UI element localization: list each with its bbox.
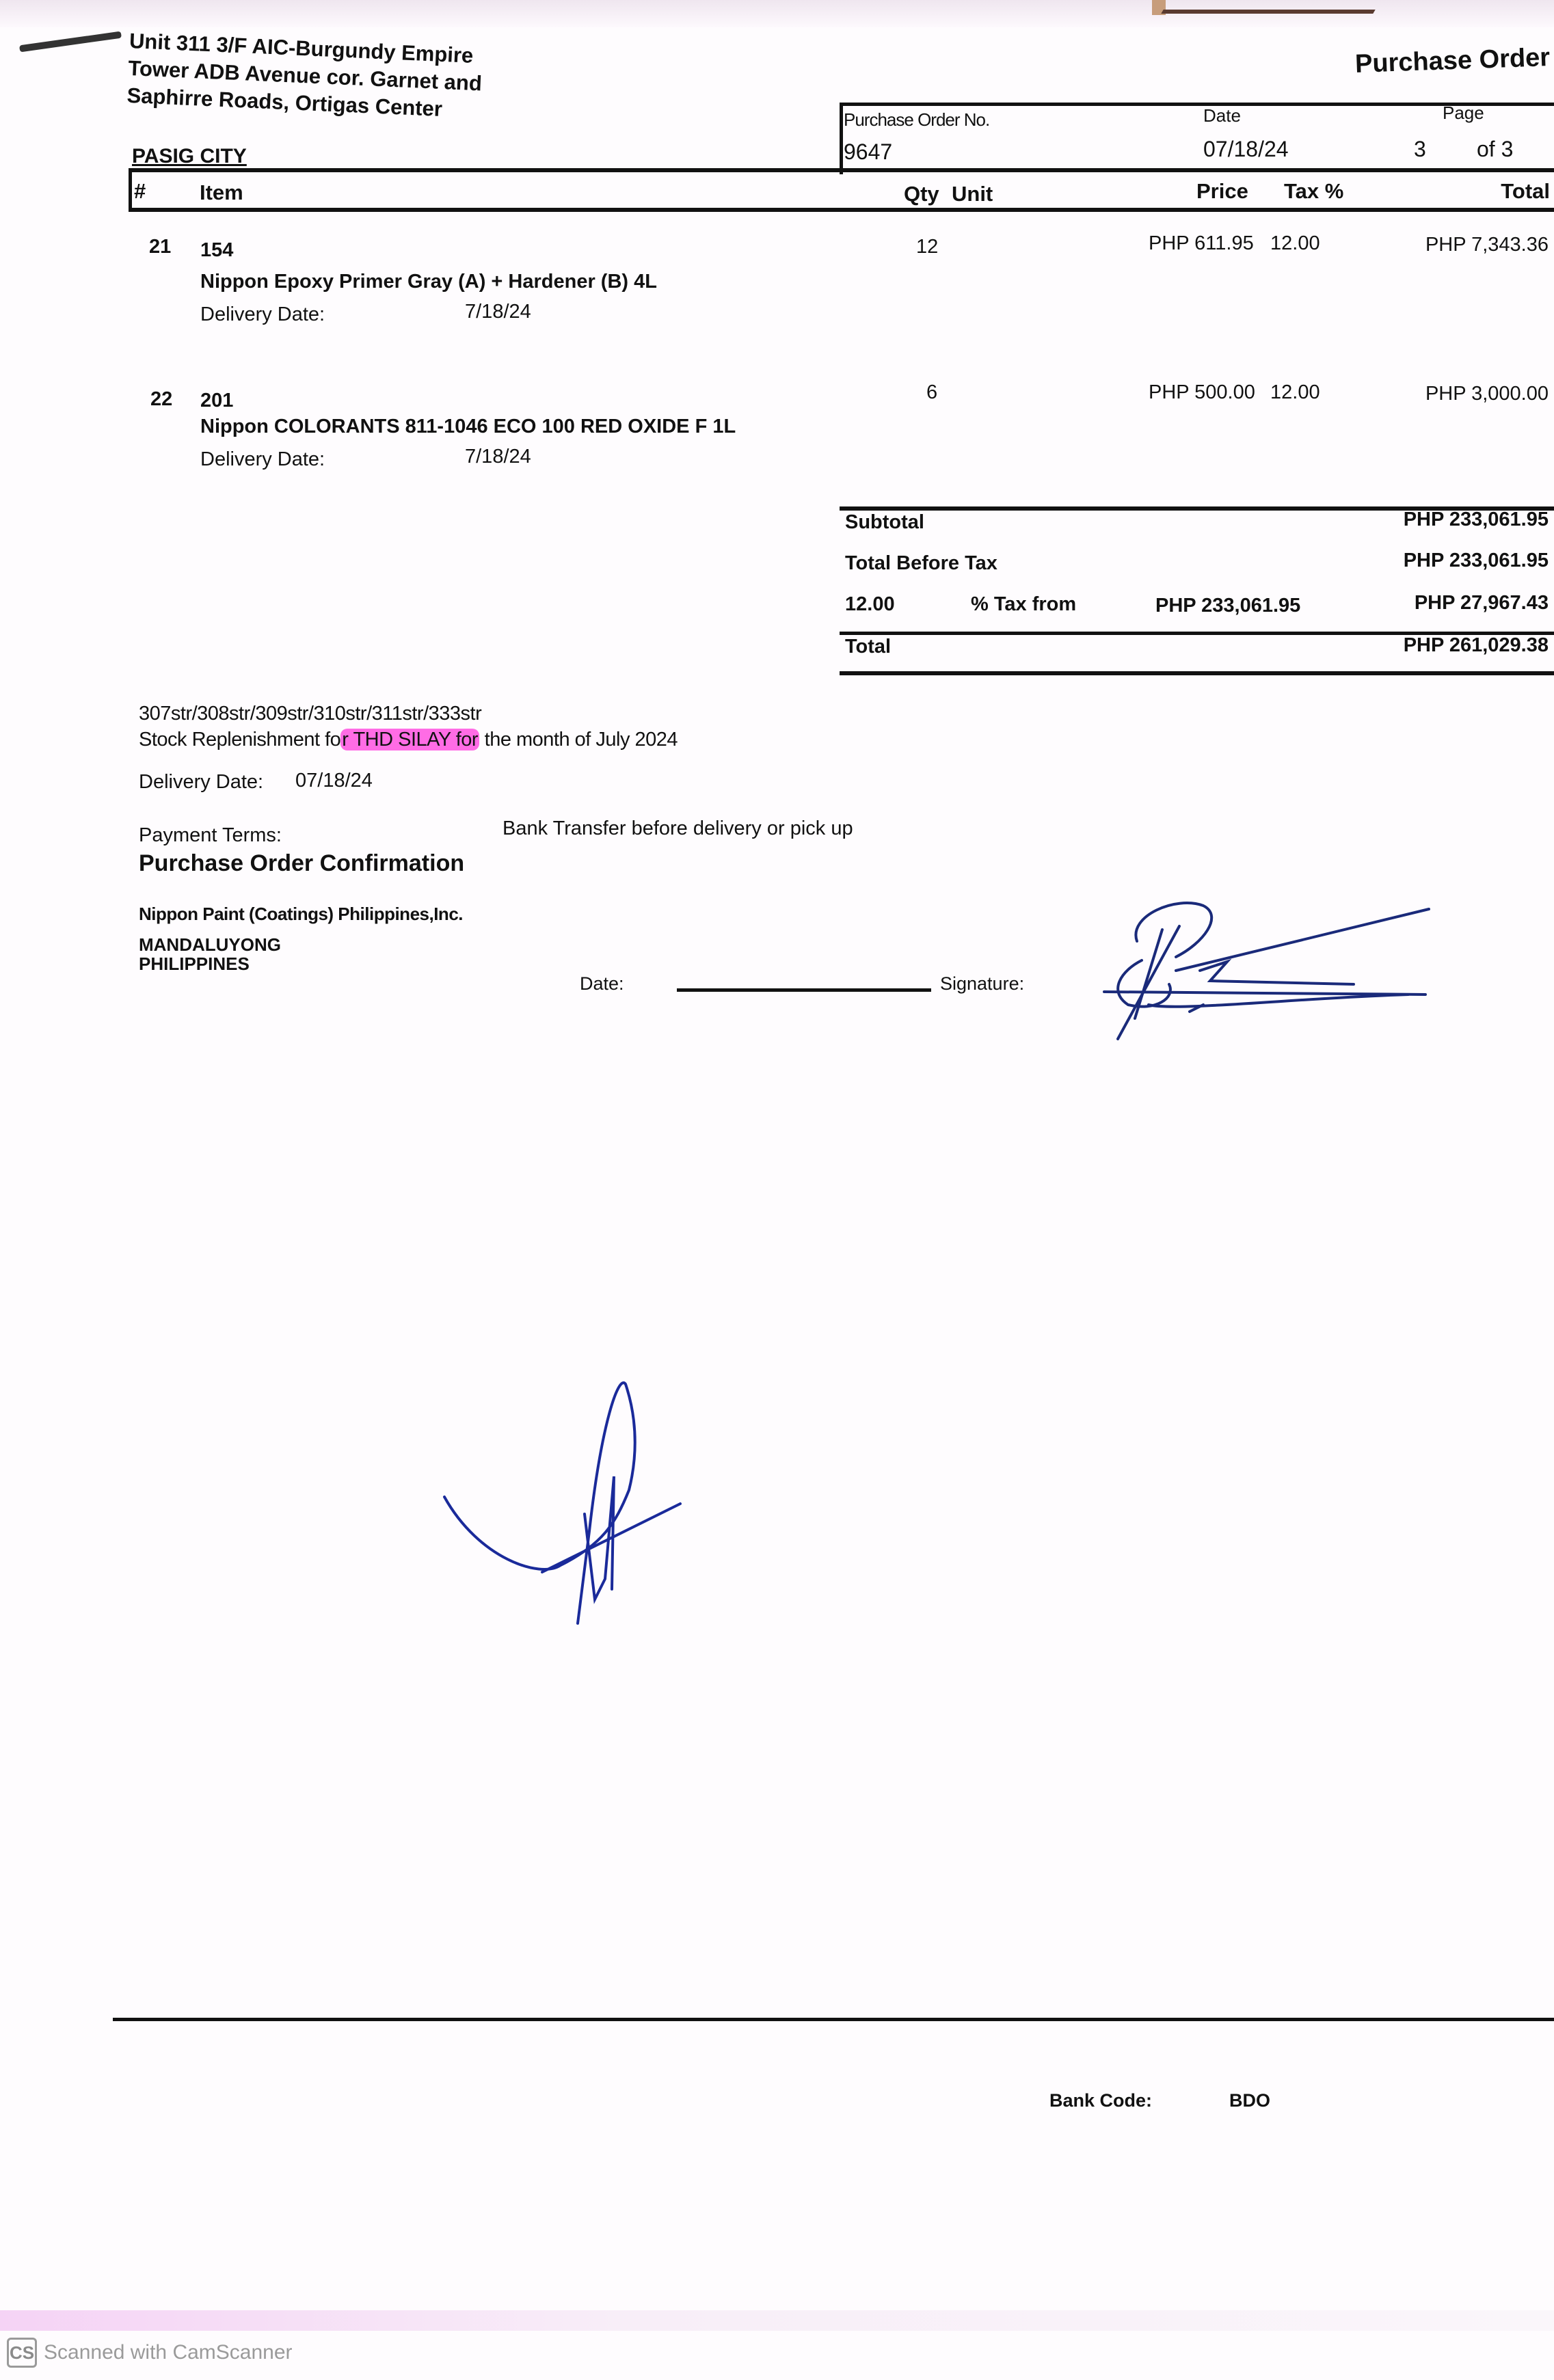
bank-code-value: BDO — [1229, 2090, 1270, 2111]
camscanner-logo-icon: CS — [7, 2338, 37, 2368]
footer-rule — [113, 2018, 1554, 2021]
watermark-text: Scanned with CamScanner — [44, 2341, 293, 2364]
scan-edge-shadow — [0, 2310, 1554, 2331]
bank-code-label: Bank Code: — [1049, 2090, 1152, 2111]
scanner-watermark: CS Scanned with CamScanner — [7, 2338, 293, 2368]
signature-stroke-icon — [0, 0, 1554, 2380]
